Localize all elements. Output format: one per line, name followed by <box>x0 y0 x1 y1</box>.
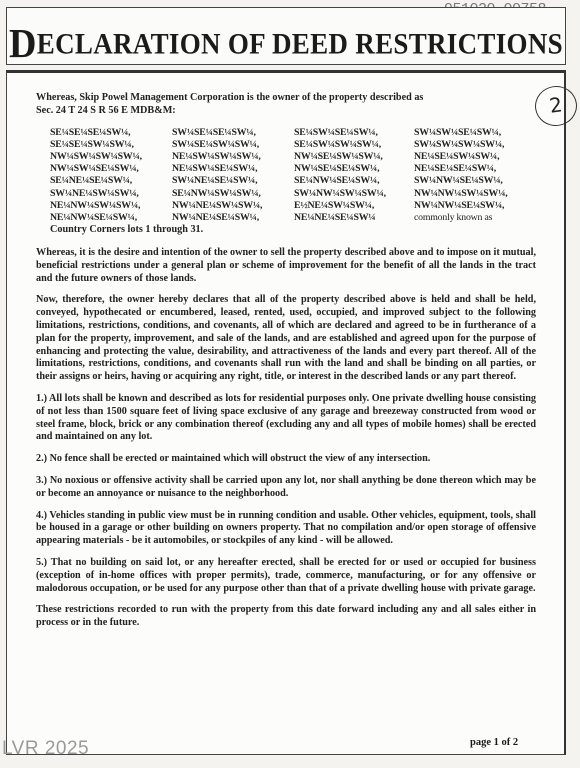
title-box: DECLARATION OF DEED RESTRICTIONS <box>6 7 566 65</box>
parcel-item: NW¼NW¼SE¼SW¼, <box>414 200 544 212</box>
parcel-item: NE¼NE¼SE¼SW¼ <box>294 212 414 224</box>
parcel-item: NW¼SE¼SE¼SW¼, <box>294 163 414 175</box>
document-title: DECLARATION OF DEED RESTRICTIONS <box>7 20 565 68</box>
parcel-item: E½NE¼SW¼SW¼, <box>294 200 414 212</box>
intro-line-1: Whereas, Skip Powel Management Corporati… <box>36 92 536 105</box>
parcel-item: SW¼NW¼SW¼SW¼, <box>294 188 414 200</box>
parcel-item: NW¼NW¼SW¼SW¼, <box>414 188 544 200</box>
title-rest: ECLARATION OF DEED RESTRICTIONS <box>37 28 563 60</box>
whereas-paragraph: Whereas, it is the desire and intention … <box>36 247 536 285</box>
restriction-item-4: 4.) Vehicles standing in public view mus… <box>36 510 536 548</box>
parcel-item: NE¼NW¼SW¼SW¼, <box>50 200 172 212</box>
parcel-item: SE¼NW¼SE¼SW¼, <box>294 175 414 187</box>
parcel-item: SE¼SW¼SW¼SW¼, <box>294 139 414 151</box>
parcel-item: SE¼NE¼SE¼SW¼, <box>50 175 172 187</box>
restriction-item-1: 1.) All lots shall be known and describe… <box>36 393 536 444</box>
parcel-item: SW¼SE¼SW¼SW¼, <box>172 139 294 151</box>
closing-paragraph: These restrictions recorded to run with … <box>36 604 536 630</box>
parcel-item: SE¼SE¼SW¼SW¼, <box>50 139 172 151</box>
parcel-item: NW¼NE¼SE¼SW¼, <box>172 212 294 224</box>
restriction-item-3: 3.) No noxious or offensive activity sha… <box>36 475 536 501</box>
parcel-item: SE¼SE¼SE¼SW¼, <box>50 127 172 139</box>
restriction-item-2: 2.) No fence shall be erected or maintai… <box>36 453 536 466</box>
parcel-item: SE¼SW¼SE¼SW¼, <box>294 127 414 139</box>
document-content: Whereas, Skip Powel Management Corporati… <box>36 92 536 639</box>
now-therefore-paragraph: Now, therefore, the owner hereby declare… <box>36 294 536 384</box>
parcel-item: NE¼SE¼SE¼SW¼, <box>414 163 544 175</box>
parcel-item: NE¼SE¼SW¼SW¼, <box>414 151 544 163</box>
parcel-item: SW¼SE¼SE¼SW¼, <box>172 127 294 139</box>
parcel-list: SE¼SE¼SE¼SW¼,SW¼SE¼SE¼SW¼,SE¼SW¼SE¼SW¼,S… <box>50 127 536 225</box>
parcel-item: SW¼SW¼SE¼SW¼, <box>414 127 544 139</box>
parcel-item: SE¼NW¼SW¼SW¼, <box>172 188 294 200</box>
parcel-item: NE¼SW¼SE¼SW¼, <box>172 163 294 175</box>
parcel-item: SW¼NW¼SE¼SW¼, <box>414 175 544 187</box>
parcel-item: SW¼NE¼SW¼SW¼, <box>50 188 172 200</box>
lots-line: Country Corners lots 1 through 31. <box>50 224 536 237</box>
parcel-item: commonly known as <box>414 212 544 224</box>
parcel-item: NE¼NW¼SE¼SW¼, <box>50 212 172 224</box>
parcel-item: NW¼SE¼SW¼SW¼, <box>294 151 414 163</box>
parcel-item: NW¼SW¼SE¼SW¼, <box>50 163 172 175</box>
parcel-item: SW¼SW¼SW¼SW¼, <box>414 139 544 151</box>
parcel-item: NE¼SW¼SW¼SW¼, <box>172 151 294 163</box>
intro-line-2: Sec. 24 T 24 S R 56 E MDB&M: <box>36 105 536 118</box>
page-number: page 1 of 2 <box>470 737 518 748</box>
title-initial: D <box>9 21 37 66</box>
watermark: LVR 2025 <box>2 738 89 760</box>
parcel-item: NW¼NE¼SW¼SW¼, <box>172 200 294 212</box>
restriction-item-5: 5.) That no building on said lot, or any… <box>36 557 536 595</box>
parcel-item: NW¼SW¼SW¼SW¼, <box>50 151 172 163</box>
parcel-item: SW¼NE¼SE¼SW¼, <box>172 175 294 187</box>
